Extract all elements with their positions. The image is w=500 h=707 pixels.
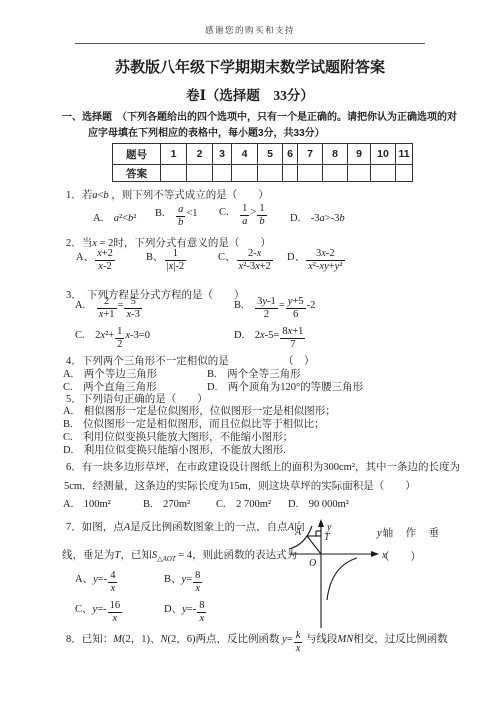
header-divider [75, 43, 425, 44]
doc-title: 苏教版八年级下学期期末数学试题附答案 [0, 56, 500, 77]
q1-option-b: B. ab<1 [155, 204, 198, 229]
q3-option-c: C. 2x²+12x-3=0 [75, 326, 150, 351]
q5-option-d: D. 利用位似变换只能缩小图形，不能放大图形. [63, 444, 286, 458]
q1-option-d: D. -3a>-3b [290, 212, 345, 226]
answer-cell [213, 165, 232, 182]
question-6-line1: 6．有一块多边形草坪，在市政建设设计图纸上的面积为300cm²，其中一条边的长度… [66, 461, 460, 475]
q2-option-c: C、2-xx²-3x+2 [218, 248, 274, 273]
hyperbola-branch-q4 [327, 558, 357, 600]
q7-option-c: C、y=-16x [75, 600, 123, 625]
answer-cell [348, 165, 371, 182]
answer-cell [396, 165, 413, 182]
q6-option-d: D. 90 000m² [288, 498, 349, 512]
answer-cell [323, 165, 348, 182]
point-t-label: T [324, 532, 331, 543]
q2-option-b: B、1|x|-2 [146, 248, 187, 273]
question-number-cell: 8 [323, 144, 348, 165]
q7-option-b: B、y=8x [164, 570, 203, 595]
paper1-heading: 卷Ⅰ（选择题 33分） [0, 84, 500, 104]
segment-ao [307, 536, 321, 554]
table-row-numbers: 题号 1 2 3 4 5 6 7 8 9 10 11 [113, 144, 413, 165]
answer-cell [371, 165, 396, 182]
question-7-line1: 7．如图，点A是反比例函数图象上的一点，自点A向 [66, 521, 305, 535]
table-row-answers: 答案 [113, 165, 413, 182]
question-number-cell: 11 [396, 144, 413, 165]
y-axis-arrow [318, 519, 324, 527]
q6-option-a: A. 100m² [63, 498, 111, 512]
q2-option-d: D、3x-2x²-xy+y² [287, 248, 346, 273]
question-number-cell: 6 [283, 144, 298, 165]
answer-cell [161, 165, 187, 182]
purchase-note: 感谢您的购买和支持 [0, 24, 500, 36]
q7-figure: y x O A T [283, 518, 395, 632]
exam-page: 感谢您的购买和支持 苏教版八年级下学期期末数学试题附答案 卷Ⅰ（选择题 33分）… [0, 0, 500, 707]
question-number-cell: 2 [187, 144, 213, 165]
right-angle-mark [316, 531, 321, 536]
answer-table: 题号 1 2 3 4 5 6 7 8 9 10 11 答案 [112, 143, 413, 182]
question-number-cell: 5 [258, 144, 283, 165]
x-axis-arrow [371, 551, 379, 557]
q8-text-pre: 8．已知：M(2，1)、N(2，6)两点，反比例函数 [66, 634, 280, 645]
choice-intro-line1: 一、选择题 （下列各题给出的四个选项中，只有一个是正确的。请把你认为正确选项的对 [62, 111, 457, 125]
question-number-cell: 3 [213, 144, 232, 165]
question-number-cell: 1 [161, 144, 187, 165]
choice-intro-line2: 应字母填在下列相应的表格中，每小题3分，共33分） [88, 127, 325, 141]
question-7-line2: 线，垂足为T，已知S△AOT = 4，则此函数的表达式为 [62, 549, 297, 565]
q7-option-a: A、y=-4x [75, 570, 118, 595]
question-number-cell: 10 [371, 144, 396, 165]
q6-option-c: C. 2 700m² [216, 498, 271, 512]
q8-text-post: 与线段MN相交，过反比例函数 [306, 634, 448, 645]
q7-option-d: D、y=-8x [164, 600, 207, 625]
answer-cell [258, 165, 283, 182]
q6-option-b: B. 270m² [143, 498, 190, 512]
q8-formula: y=kx [282, 634, 303, 645]
question-number-label: 题号 [113, 144, 161, 165]
question-number-cell: 7 [298, 144, 323, 165]
origin-label: O [309, 558, 316, 569]
answer-cell [232, 165, 258, 182]
question-8-text: 8．已知：M(2，1)、N(2，6)两点，反比例函数 y=kx 与线段MN相交，… [66, 630, 448, 655]
point-a-label: A [294, 527, 302, 538]
question-number-cell: 9 [348, 144, 371, 165]
q3-option-b: B. 3y-12=y+56-2 [234, 296, 315, 321]
q3-option-d: D. 2x-5=8x+17 [234, 326, 306, 351]
question-6-line2: 5cm．经测量，这条边的实际长度为15m，则这块草坪的实际面积是（ ） [64, 480, 416, 494]
q2-option-a: A、x+2x-2 [76, 248, 116, 273]
q3-option-a: A. 2x+1=5x-3 [75, 296, 143, 321]
q4-option-d: D. 两个顶角为120°的等腰三角形 [207, 381, 363, 395]
q1-option-c: C. 1a>1b [219, 203, 268, 228]
x-axis-label: x [381, 550, 387, 561]
answer-row-label: 答案 [113, 165, 161, 182]
answer-cell [298, 165, 323, 182]
answer-cell [187, 165, 213, 182]
answer-cell [283, 165, 298, 182]
q1-option-a: A. a²<b² [93, 212, 136, 226]
question-1-text: 1．若a<b ，则下列不等式成立的是（ ） [66, 189, 269, 203]
question-number-cell: 4 [232, 144, 258, 165]
